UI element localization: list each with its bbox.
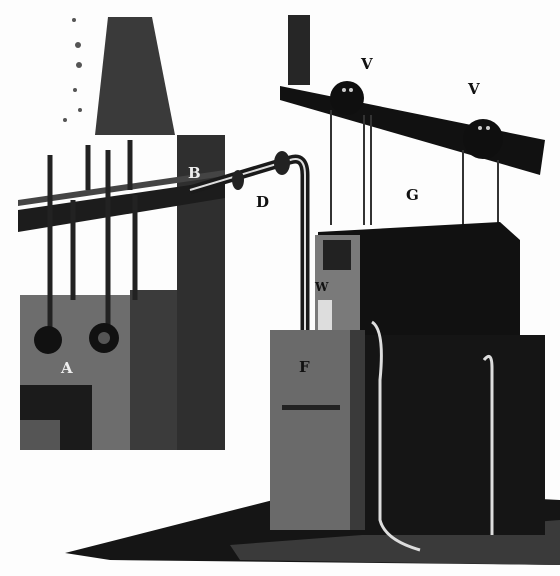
label-b: B [188,164,201,182]
label-a: A [61,359,73,377]
tank [355,335,545,535]
pulley-beam [280,86,545,175]
label-w: W [315,280,328,294]
beam-post [288,15,310,85]
label-v-1: V [361,55,373,73]
pulley-2 [463,119,503,159]
vessel-f [270,330,360,530]
label-g: G [406,186,419,204]
label-d: D [256,193,269,211]
label-v-2: V [468,80,480,98]
chimney [95,17,175,135]
pulley-1 [330,81,364,115]
engraving-figure: A B D G V V W F [0,0,560,576]
label-f: F [299,358,310,376]
